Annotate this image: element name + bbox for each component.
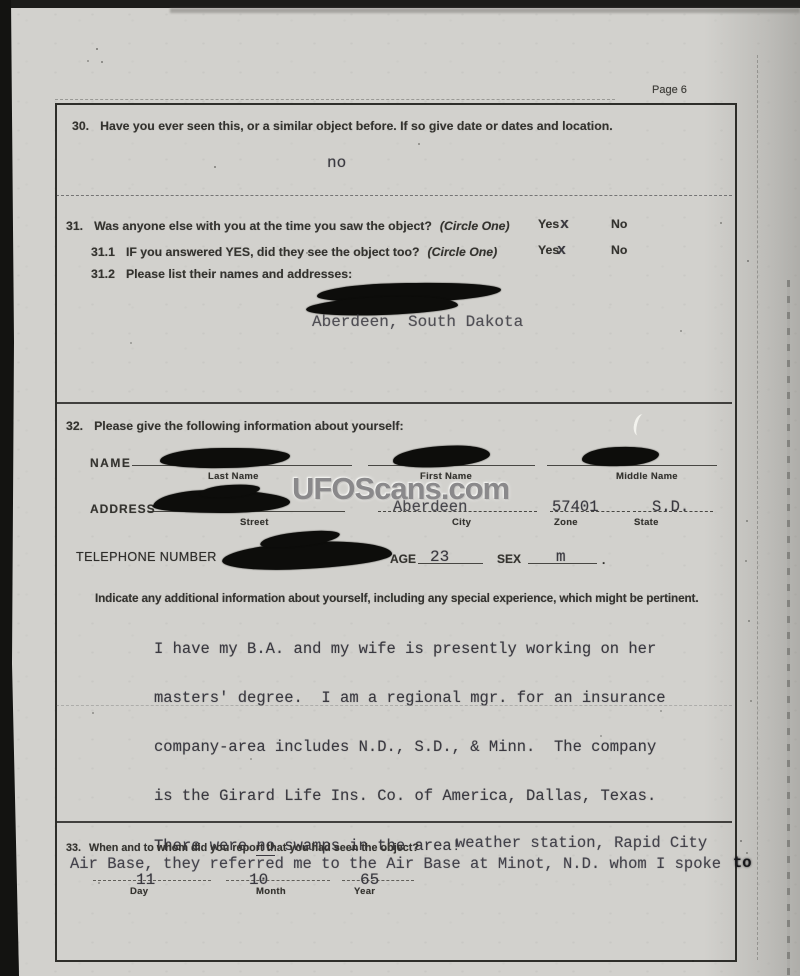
q31-1-yes-mark: x (557, 242, 566, 259)
question-33: 33.When and to whom did you report that … (66, 838, 419, 856)
q31-1-no: No (611, 243, 627, 257)
scan-top-bar (0, 0, 800, 8)
sex-label: SEX (497, 552, 521, 566)
q30-number: 30. (72, 119, 89, 133)
sex-period: . (602, 553, 605, 567)
question-32: 32.Please give the following information… (66, 417, 404, 435)
q33-text: When and to whom did you report that you… (89, 842, 419, 854)
scan-top-shadow (170, 8, 800, 13)
watermark-text: UFOScans.com (292, 471, 509, 507)
question-31-1: 31.1IF you answered YES, did they see th… (91, 243, 497, 261)
month-caption: Month (256, 886, 286, 897)
address-label: ADDRESS (90, 502, 156, 516)
scanned-form-page: Page 6 30.Have you ever seen this, or a … (0, 0, 800, 976)
paragraph-line: masters' degree. I am a regional mgr. fo… (154, 690, 666, 706)
q31-1-circle-one: (Circle One) (428, 245, 498, 259)
q31-2-number: 31.2 (91, 267, 115, 281)
street-caption: Street (240, 517, 269, 528)
day-caption: Day (130, 886, 148, 897)
q31-yes-mark: x (560, 216, 569, 233)
q33-answer-line2: Air Base, they referred me to the Air Ba… (70, 855, 721, 873)
faint-divider (56, 705, 732, 706)
section-divider-32-33 (56, 821, 732, 823)
q31-1-number: 31.1 (91, 245, 115, 259)
telephone-label: TELEPHONE NUMBER (76, 550, 217, 564)
zone-caption: Zone (554, 517, 578, 528)
q32-number: 32. (66, 419, 83, 433)
q33-answer-line2-end: to (733, 854, 752, 872)
q31-1-text: IF you answered YES, did they see the ob… (126, 245, 420, 259)
q31-no: No (611, 217, 627, 231)
age-label: AGE (390, 552, 416, 566)
indicate-text: Indicate any additional information abou… (95, 591, 698, 605)
q32-text: Please give the following information ab… (94, 419, 404, 433)
paragraph-line: is the Girard Life Ins. Co. of America, … (154, 788, 666, 804)
form-box-ghost-line (55, 99, 615, 100)
q31-yes: Yes (538, 217, 559, 231)
q30-text: Have you ever seen this, or a similar ob… (100, 119, 613, 133)
paragraph-line: company-area includes N.D., S.D., & Minn… (154, 739, 666, 755)
zone-value: 57401 (552, 498, 599, 516)
month-line (226, 880, 330, 881)
state-value: S.D. (652, 498, 689, 516)
scan-crease-line (757, 55, 758, 960)
question-31: 31.Was anyone else with you at the time … (66, 217, 510, 235)
scan-left-bar (0, 0, 19, 976)
section-divider-30-31 (56, 195, 732, 196)
q31-text: Was anyone else with you at the time you… (94, 219, 432, 233)
sex-line (528, 563, 597, 564)
city-caption: City (452, 517, 471, 528)
year-caption: Year (354, 886, 375, 897)
age-line (418, 563, 483, 564)
q31-2-text: Please list their names and addresses: (126, 267, 352, 281)
page-number: Page 6 (652, 84, 687, 96)
state-caption: State (634, 517, 659, 528)
q30-answer: no (327, 154, 346, 172)
section-divider-31-32 (56, 402, 732, 404)
paragraph-line: I have my B.A. and my wife is presently … (154, 641, 666, 657)
question-31-2: 31.2Please list their names and addresse… (91, 265, 352, 283)
q31-2-answer: Aberdeen, South Dakota (312, 313, 523, 331)
q33-answer-line1: weather station, Rapid City (456, 834, 707, 852)
last-name-caption: Last Name (208, 471, 259, 482)
paper-specks (96, 48, 98, 50)
q31-number: 31. (66, 219, 83, 233)
question-30: 30.Have you ever seen this, or a similar… (72, 117, 613, 135)
scan-right-edge-line (787, 280, 790, 976)
q33-number: 33. (66, 842, 81, 854)
name-label: NAME (90, 456, 131, 470)
middle-name-caption: Middle Name (616, 471, 678, 482)
q31-circle-one: (Circle One) (440, 219, 510, 233)
